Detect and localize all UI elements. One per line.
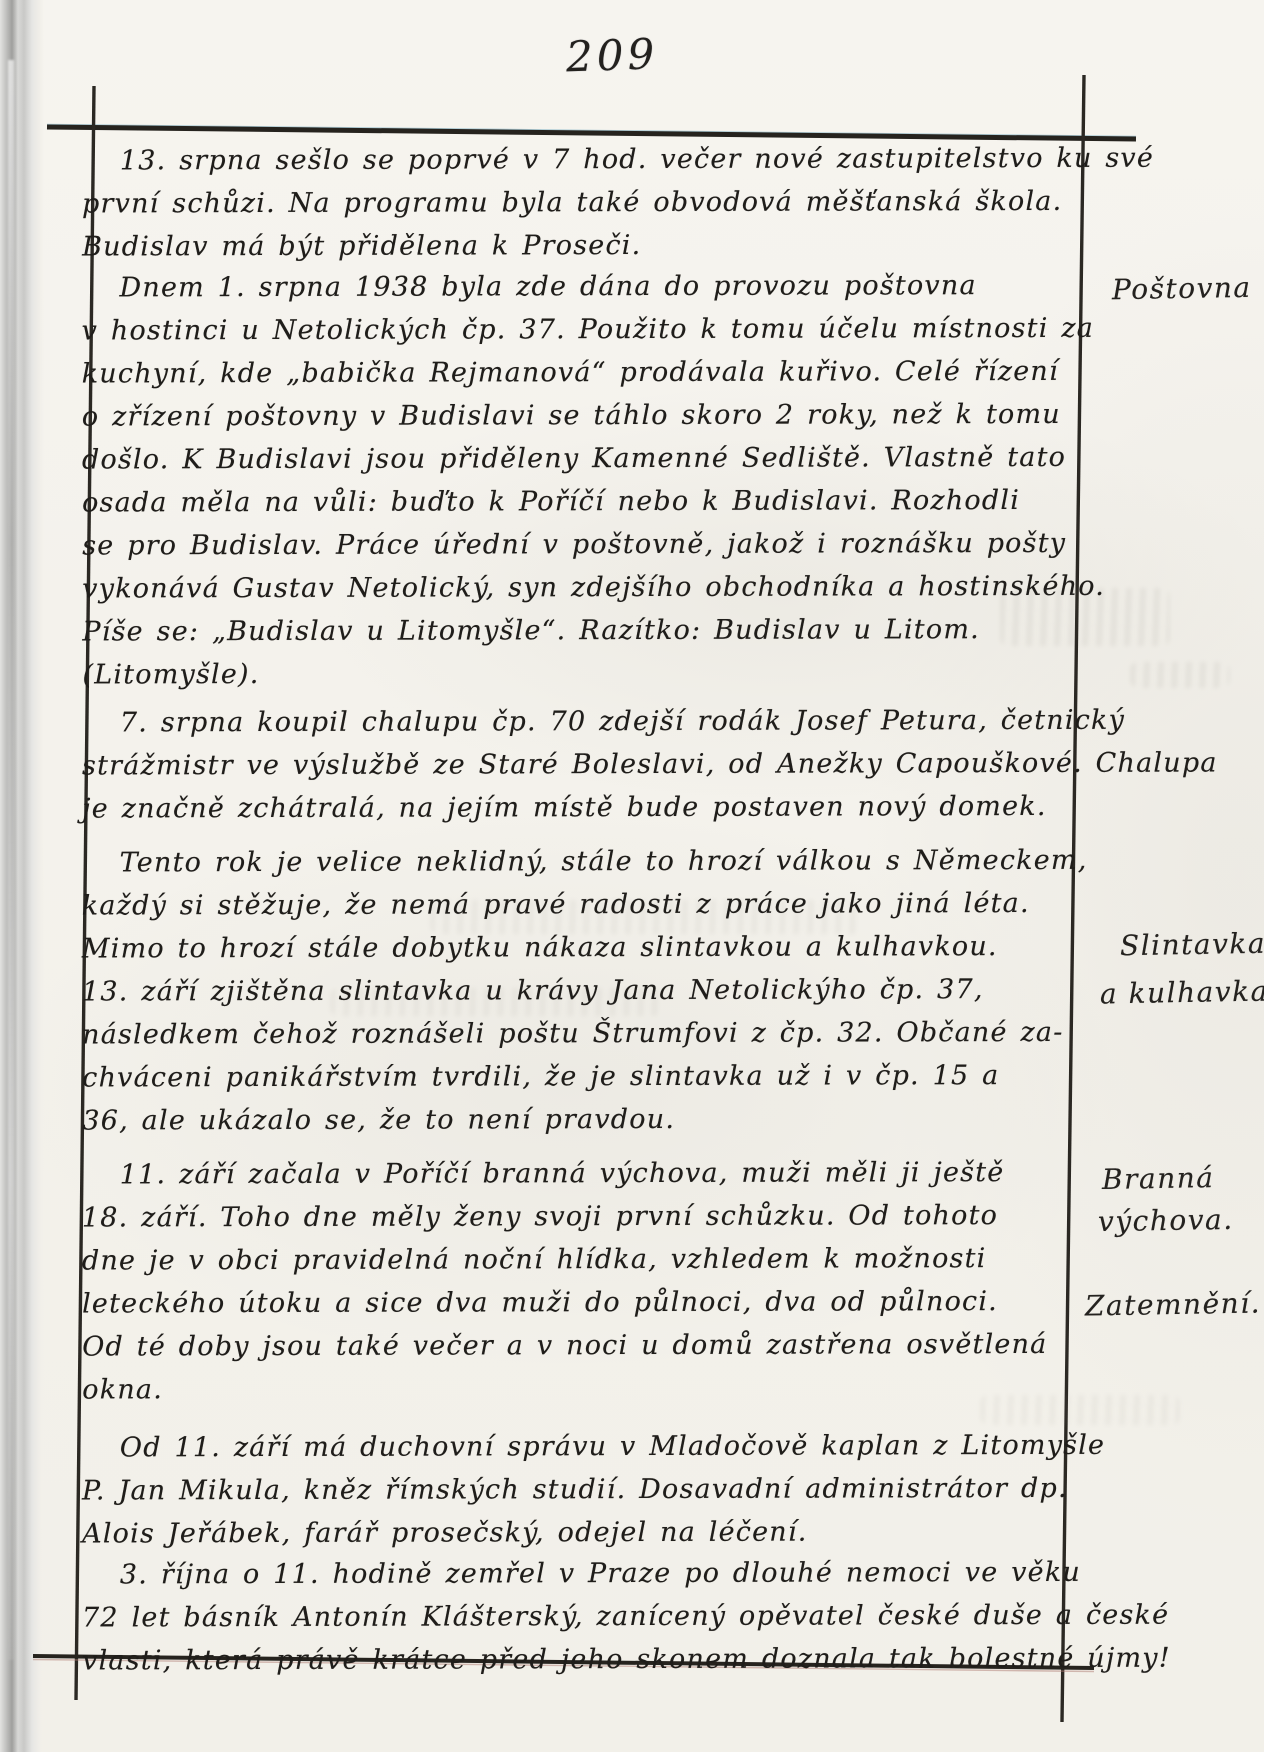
- handwritten-line: Píše se: „Budislav u Litomyšle“. Razítko…: [82, 608, 1202, 654]
- top-rule-fringe: [47, 125, 1136, 137]
- handwritten-line: 72 let básník Antonín Klášterský, zaníce…: [82, 1594, 1202, 1640]
- handwritten-line: dne je v obci pravidelná noční hlídka, v…: [82, 1237, 1202, 1283]
- handwritten-line: Budislav má být přidělena k Proseči.: [82, 223, 1202, 269]
- handwritten-line: strážmistr ve výslužbě ze Staré Boleslav…: [82, 742, 1202, 788]
- paragraph-unrest-disease: Tento rok je velice neklidný, stále to h…: [82, 839, 1203, 1143]
- handwritten-line: Od té doby jsou také večer a v noci u do…: [82, 1323, 1202, 1369]
- handwritten-line: vykonává Gustav Netolický, syn zdejšího …: [82, 565, 1202, 611]
- handwritten-line: Tento rok je velice neklidný, stále to h…: [120, 839, 1202, 885]
- handwritten-line: 3. října o 11. hodině zemřel v Praze po …: [120, 1551, 1202, 1597]
- paragraph-parish-admin: Od 11. září má duchovní správu v Mladočo…: [82, 1424, 1202, 1556]
- handwritten-line: Od 11. září má duchovní správu v Mladočo…: [120, 1424, 1202, 1470]
- handwritten-line: Mimo to hrozí stále dobytku nákaza slint…: [82, 925, 1202, 971]
- handwritten-line: vlasti, která právě krátce před jeho sko…: [82, 1637, 1202, 1683]
- handwritten-line: v hostinci u Netolických čp. 37. Použito…: [82, 307, 1202, 353]
- margin-note-zatemneni: Zatemnění.: [1085, 1286, 1262, 1322]
- handwritten-line: okna.: [82, 1366, 1202, 1412]
- handwritten-line: Dnem 1. srpna 1938 byla zde dána do prov…: [119, 264, 1201, 310]
- scan-edge-highlight: [8, 60, 14, 1660]
- paragraph-cottage-purchase: 7. srpna koupil chalupu čp. 70 zdejší ro…: [82, 699, 1202, 831]
- paragraph-poet-death: 3. října o 11. hodině zemřel v Praze po …: [82, 1551, 1202, 1683]
- margin-note-postovna: Poštovna: [1112, 271, 1252, 306]
- handwritten-line: Alois Jeřábek, farář prosečský, odejel n…: [82, 1510, 1202, 1556]
- handwritten-line: 18. září. Toho dne měly ženy svoji první…: [82, 1194, 1202, 1240]
- handwritten-line: P. Jan Mikula, kněz římských studií. Dos…: [82, 1467, 1202, 1513]
- handwritten-line: osada měla na vůli: buďto k Poříčí nebo …: [82, 479, 1202, 525]
- handwritten-line: 13. srpna sešlo se poprvé v 7 hod. večer…: [120, 137, 1202, 183]
- handwritten-line: došlo. K Budislavi jsou přiděleny Kamenn…: [82, 436, 1202, 482]
- margin-note-vychova: výchova.: [1098, 1203, 1234, 1238]
- handwritten-line: první schůzi. Na programu byla také obvo…: [82, 180, 1202, 226]
- paragraph-new-council: 13. srpna sešlo se poprvé v 7 hod. večer…: [82, 137, 1202, 269]
- margin-note-slintavka: Slintavka: [1120, 927, 1264, 963]
- handwritten-line: následkem čehož roznášeli poštu Štrumfov…: [82, 1011, 1202, 1057]
- handwritten-line: každý si stěžuje, že nemá pravé radosti …: [82, 882, 1202, 928]
- handwritten-line: 7. srpna koupil chalupu čp. 70 zdejší ro…: [120, 699, 1202, 745]
- margin-note-a-kulhavka: a kulhavka: [1100, 975, 1264, 1011]
- handwritten-line: (Litomyšle).: [82, 651, 1202, 697]
- scan-left-edge: [0, 0, 44, 1752]
- handwritten-line: 36, ale ukázalo se, že to není pravdou.: [82, 1097, 1202, 1143]
- handwritten-line: leteckého útoku a sice dva muži do půlno…: [82, 1280, 1202, 1326]
- page-number: 209: [565, 28, 707, 82]
- margin-note-branna: Branná: [1102, 1161, 1215, 1196]
- handwritten-line: 13. září zjištěna slintavka u krávy Jana…: [82, 968, 1202, 1014]
- paragraph-civil-defense: 11. září začala v Poříčí branná výchova,…: [82, 1151, 1203, 1412]
- handwritten-line: o zřízení poštovny v Budislavi se táhlo …: [82, 393, 1202, 439]
- handwritten-line: je značně zchátralá, na jejím místě bude…: [82, 785, 1202, 831]
- chronicle-page-scan: 209 13. srpna sešlo se poprvé v 7 hod. v…: [0, 0, 1264, 1752]
- handwritten-line: kuchyní, kde „babička Rejmanová“ prodáva…: [82, 350, 1202, 396]
- handwritten-line: se pro Budislav. Práce úřední v poštovně…: [82, 522, 1202, 568]
- paragraph-post-office: Dnem 1. srpna 1938 byla zde dána do prov…: [81, 264, 1202, 697]
- handwritten-line: chváceni panikářstvím tvrdili, že je sli…: [82, 1054, 1202, 1100]
- handwritten-line: 11. září začala v Poříčí branná výchova,…: [120, 1151, 1202, 1197]
